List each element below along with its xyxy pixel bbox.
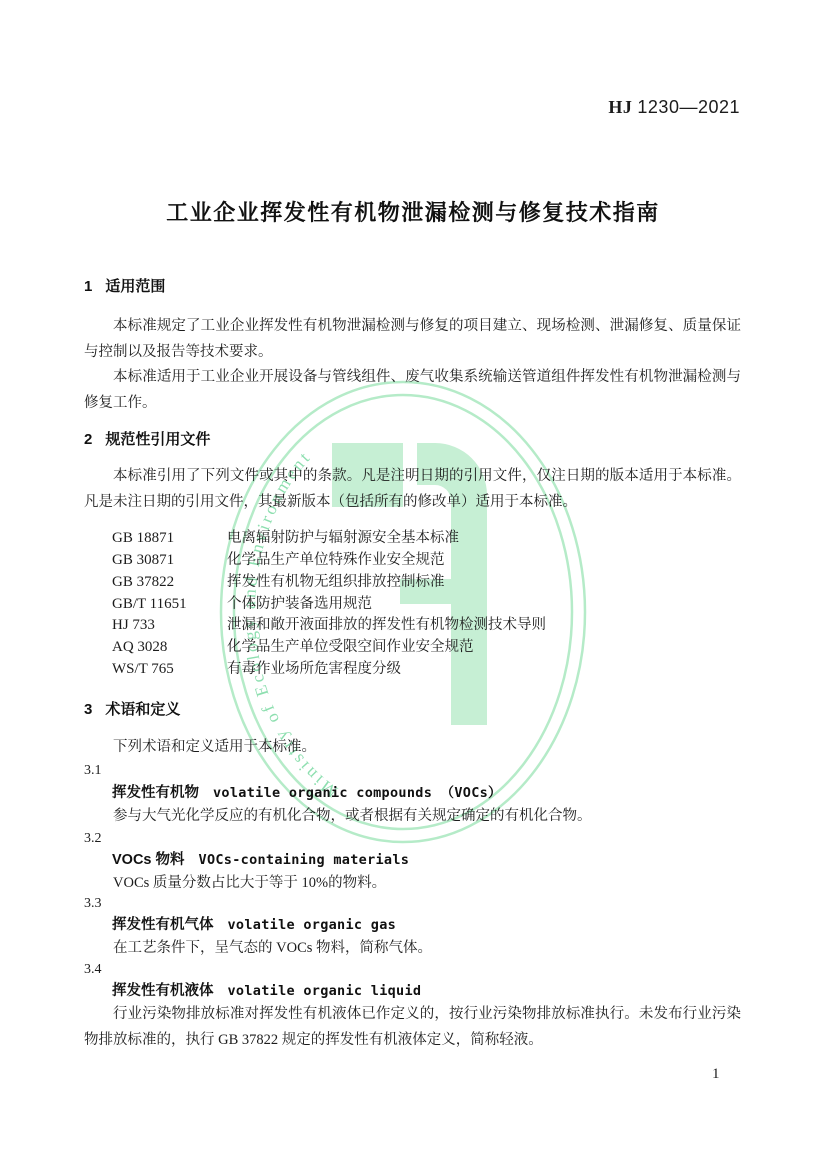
section-3-number: 3: [84, 701, 92, 718]
reference-code: GB 37822: [112, 571, 227, 593]
reference-item: GB 30871化学品生产单位特殊作业安全规范: [84, 549, 741, 571]
document-page: Ministry of Ecology and Environment HJ 1…: [0, 0, 826, 1169]
term-definition: VOCs 质量分数占比大于等于 10%的物料。: [84, 871, 741, 897]
reference-code: GB 18871: [112, 527, 227, 549]
reference-code: GB 30871: [112, 549, 227, 571]
reference-code: WS/T 765: [112, 658, 227, 680]
term-name-en: volatile organic liquid: [228, 983, 422, 999]
section-3-heading: 3术语和定义: [84, 700, 741, 720]
reference-code: AQ 3028: [112, 636, 227, 658]
term-name: VOCs 物料VOCs-containing materials: [112, 850, 769, 870]
section-2-number: 2: [84, 431, 92, 448]
term-name-zh: 挥发性有机液体: [112, 983, 214, 999]
term-name: 挥发性有机液体volatile organic liquid: [112, 981, 769, 1001]
reference-item: WS/T 765有毒作业场所危害程度分级: [84, 658, 741, 680]
scope-paragraph-2: 本标准适用于工业企业开展设备与管线组件、废气收集系统输送管道组件挥发性有机物泄漏…: [84, 365, 741, 416]
section-3-title: 术语和定义: [105, 701, 180, 718]
term-name-en: VOCs-containing materials: [199, 852, 410, 868]
scope-paragraph-1: 本标准规定了工业企业挥发性有机物泄漏检测与修复的项目建立、现场检测、泄漏修复、质…: [84, 314, 741, 365]
term-name: 挥发性有机气体volatile organic gas: [112, 915, 769, 935]
term-number: 3.1: [84, 761, 741, 781]
document-body: 1适用范围 本标准规定了工业企业挥发性有机物泄漏检测与修复的项目建立、现场检测、…: [84, 0, 741, 1169]
reference-item: GB 18871电离辐射防护与辐射源安全基本标准: [84, 527, 741, 549]
reference-code: GB/T 11651: [112, 593, 227, 615]
section-1-number: 1: [84, 278, 92, 295]
section-2-heading: 2规范性引用文件: [84, 430, 741, 450]
reference-name: 个体防护装备选用规范: [227, 596, 372, 612]
terms-intro: 下列术语和定义适用于本标准。: [84, 735, 741, 761]
term-name-zh: VOCs 物料: [112, 852, 185, 868]
term-number: 3.2: [84, 829, 741, 849]
reference-name: 挥发性有机物无组织排放控制标准: [227, 574, 445, 590]
term-name-en: volatile organic compounds （VOCs）: [213, 785, 502, 801]
reference-item: AQ 3028化学品生产单位受限空间作业安全规范: [84, 636, 741, 658]
term-definition: 行业污染物排放标准对挥发性有机液体已作定义的，按行业污染物排放标准执行。未发布行…: [84, 1002, 741, 1053]
reference-item: HJ 733泄漏和敞开液面排放的挥发性有机物检测技术导则: [84, 614, 741, 636]
section-2-title: 规范性引用文件: [105, 431, 210, 448]
term-number: 3.4: [84, 960, 741, 980]
reference-item: GB/T 11651个体防护装备选用规范: [84, 593, 741, 615]
section-1-title: 适用范围: [105, 278, 165, 295]
term-name-zh: 挥发性有机物: [112, 785, 199, 801]
term-name-en: volatile organic gas: [228, 917, 397, 933]
reference-item: GB 37822挥发性有机物无组织排放控制标准: [84, 571, 741, 593]
reference-code: HJ 733: [112, 614, 227, 636]
reference-name: 有毒作业场所危害程度分级: [227, 661, 401, 677]
reference-name: 化学品生产单位受限空间作业安全规范: [227, 639, 474, 655]
term-number: 3.3: [84, 894, 741, 914]
reference-name: 泄漏和敞开液面排放的挥发性有机物检测技术导则: [227, 617, 546, 633]
term-name-zh: 挥发性有机气体: [112, 917, 214, 933]
references-intro: 本标准引用了下列文件或其中的条款。凡是注明日期的引用文件，仅注日期的版本适用于本…: [84, 464, 741, 515]
term-name: 挥发性有机物volatile organic compounds （VOCs）: [112, 783, 769, 803]
term-definition: 在工艺条件下，呈气态的 VOCs 物料，简称气体。: [84, 936, 741, 962]
reference-name: 电离辐射防护与辐射源安全基本标准: [227, 530, 459, 546]
section-1-heading: 1适用范围: [84, 277, 741, 297]
reference-name: 化学品生产单位特殊作业安全规范: [227, 552, 445, 568]
page-number: 1: [712, 1066, 720, 1083]
term-definition: 参与大气光化学反应的有机化合物，或者根据有关规定确定的有机化合物。: [84, 804, 741, 830]
